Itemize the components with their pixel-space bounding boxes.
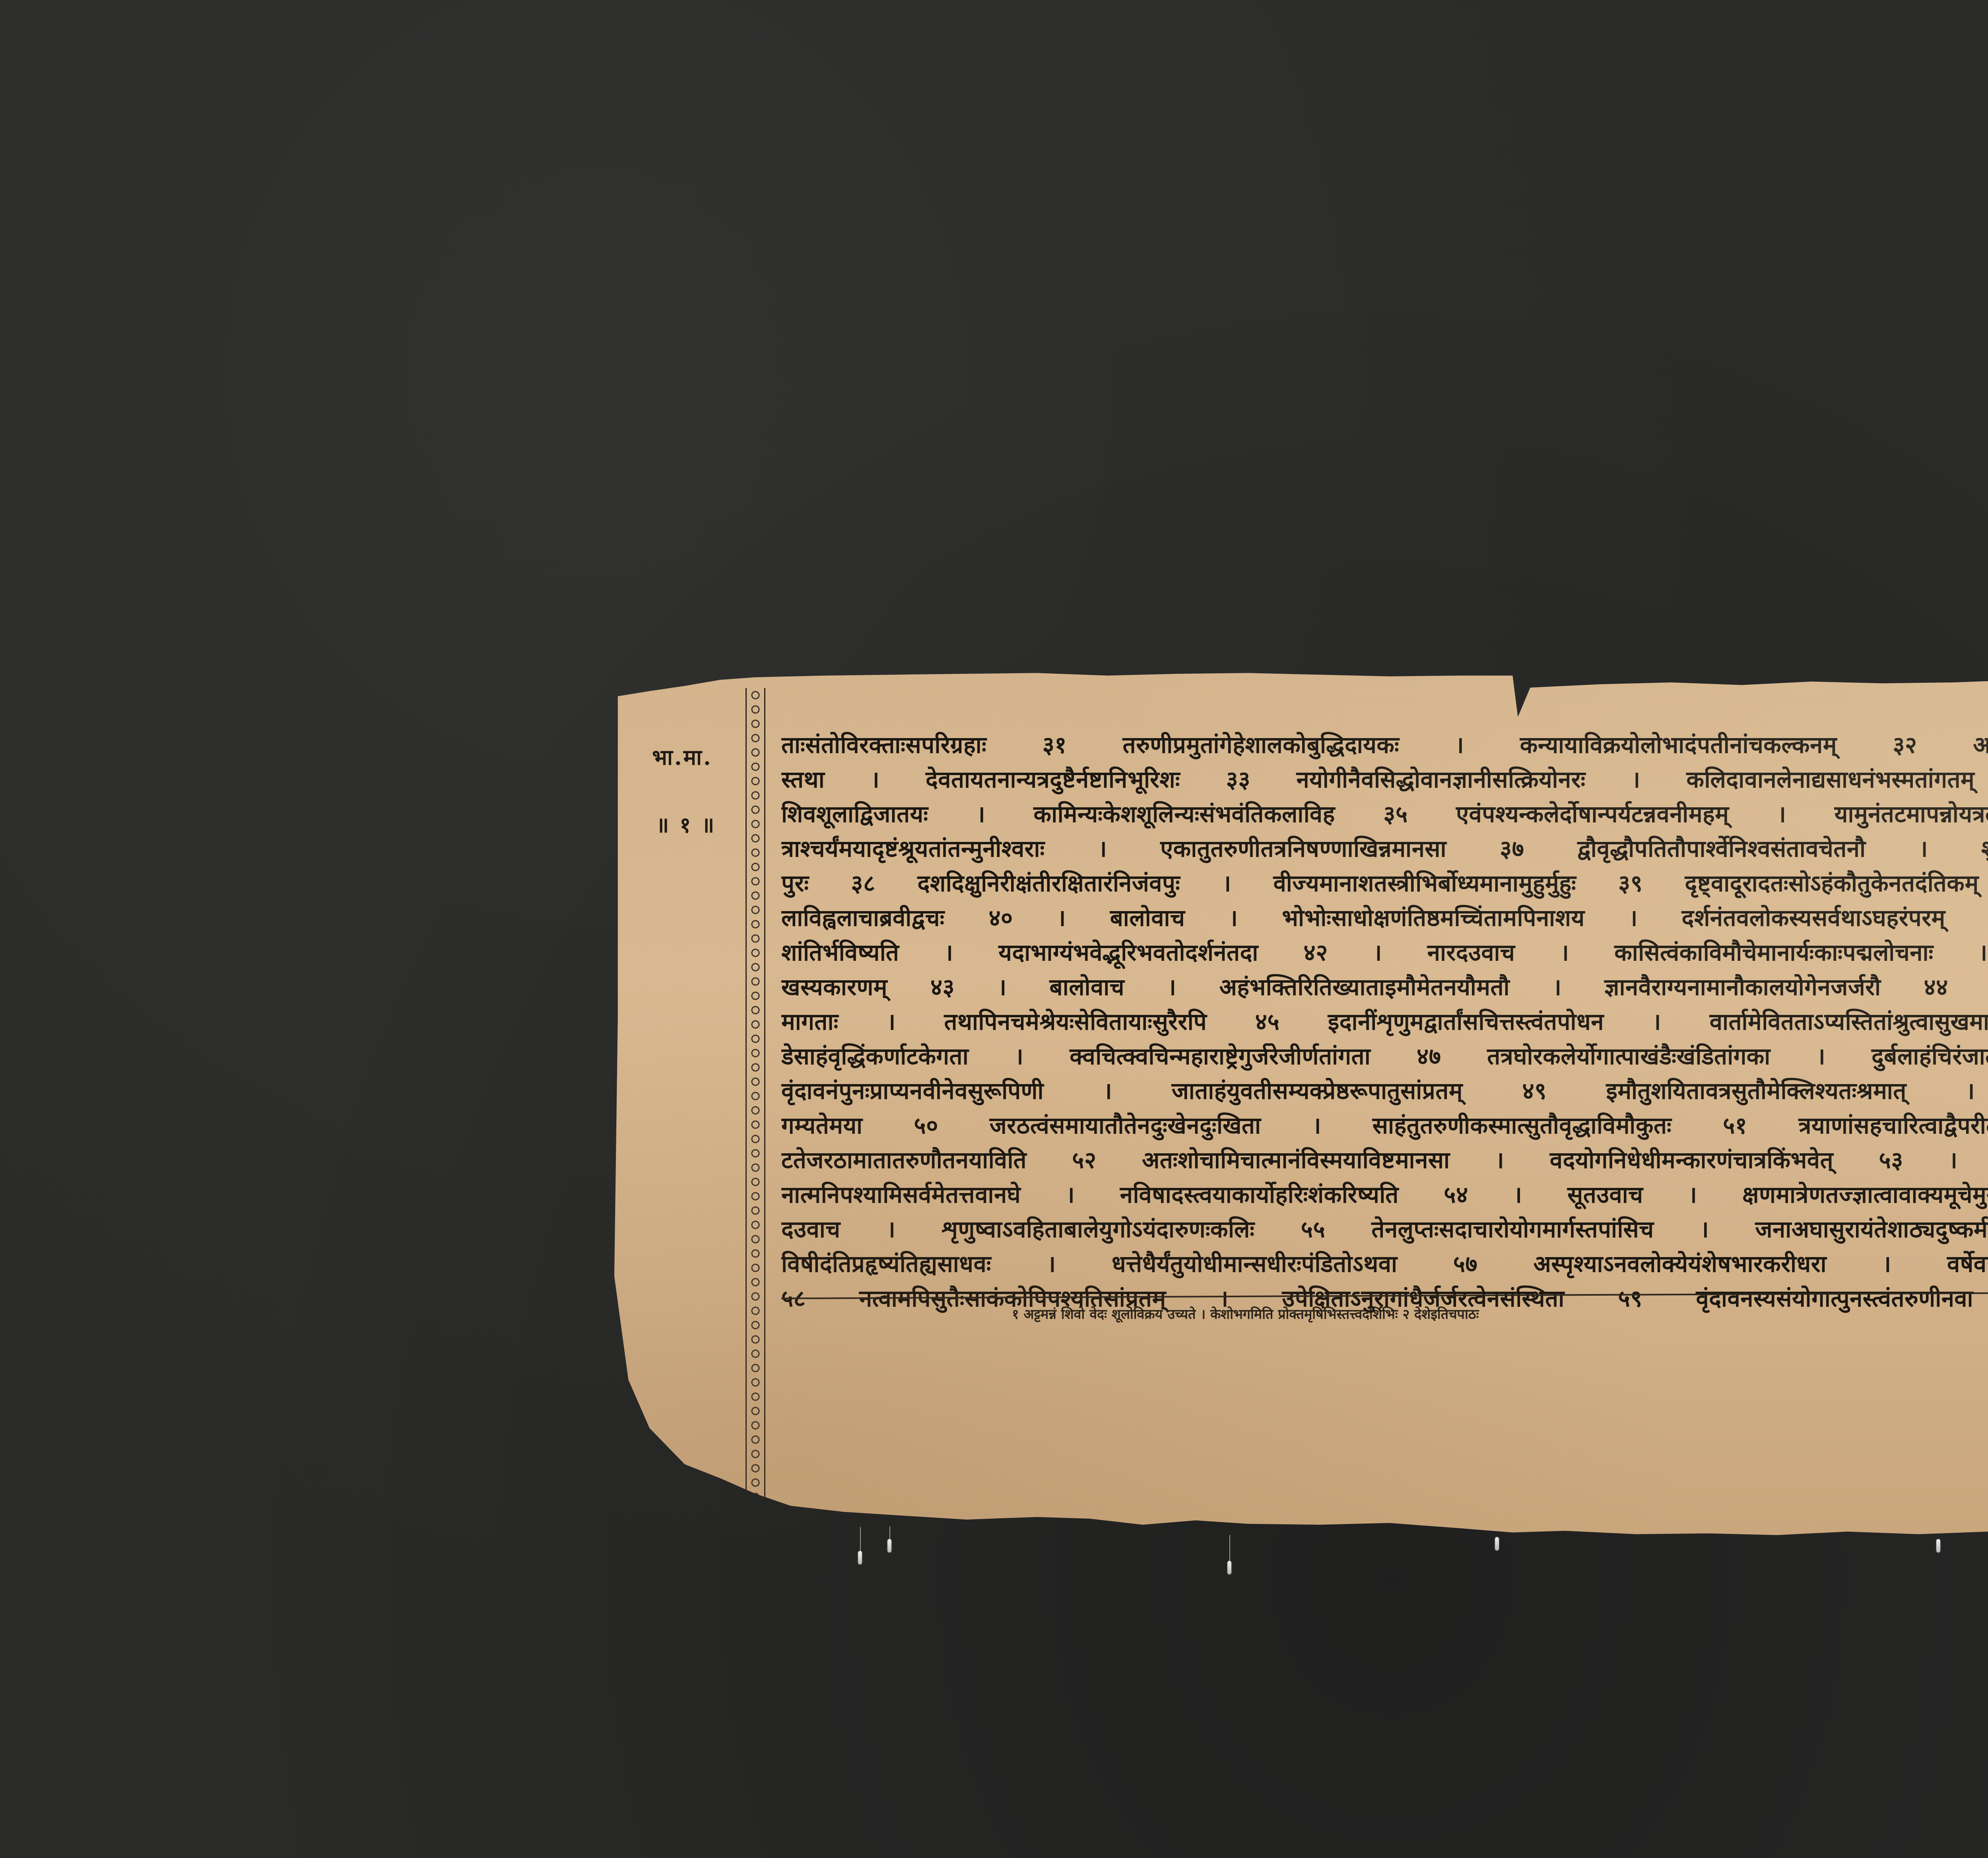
text-line: दउवाच । शृणुष्वाऽवहिताबालेयुगोऽयंदारुणःक… <box>781 1212 1988 1247</box>
pin-icon <box>1495 1537 1499 1551</box>
text-line: विषीदंतिप्रहृष्यंतिह्यसाधवः । धत्तेधैर्य… <box>781 1247 1988 1281</box>
text-line: मागताः । तथापिनचमेश्रेयःसेवितायाःसुरैरपि… <box>781 1005 1988 1039</box>
text-line: लाविह्वलाचाब्रवीद्वचः ४० । बालोवाच । भोभ… <box>781 901 1988 935</box>
pin-icon <box>887 1539 891 1553</box>
left-margin-title-abbrev: भा.मा. <box>652 742 712 771</box>
text-line: पुरः ३८ दशदिक्षुनिरीक्षंतीरक्षितारंनिजंव… <box>781 866 1988 901</box>
text-line: वृंदावनंपुनःप्राप्यनवीनेवसुरूपिणी । जाता… <box>781 1074 1988 1108</box>
pin-icon <box>1227 1561 1231 1574</box>
manuscript-page: भा.मा. ॥ १ ॥ अ० ॥ १ ॥ ॥ १ ॥ ताःसंतोविरक्… <box>614 672 1988 1535</box>
left-margin-folio: ॥ १ ॥ <box>656 809 716 839</box>
text-line: डेसाहंवृद्धिंकर्णाटकेगता । क्वचित्क्वचिन… <box>781 1039 1988 1074</box>
text-line: त्राश्चर्यंमयादृष्टंश्रूयतांतन्मुनीश्वरा… <box>781 832 1988 866</box>
text-line: स्तथा । देवतायतनान्यत्रदुष्टैर्नष्टानिभू… <box>781 762 1988 797</box>
text-line: गम्यतेमया ५० जरठत्वंसमायातौतेनदुःखेनदुःख… <box>781 1108 1988 1143</box>
text-line: टतेजरठामातातरुणौतनयाविति ५२ अतःशोचामिचात… <box>781 1143 1988 1178</box>
footnote: १ अट्टमन्नं शिवो वेदः शूलोविक्रय उच्यते … <box>1012 1304 1988 1323</box>
text-line: ताःसंतोविरक्ताःसपरिग्रहाः ३१ तरुणीप्रमुत… <box>781 728 1988 762</box>
main-text-block: ताःसंतोविरक्ताःसपरिग्रहाः ३१ तरुणीप्रमुत… <box>781 728 1988 1316</box>
text-line: शांतिर्भविष्यति । यदाभाग्यंभवेद्भूरिभवतो… <box>781 935 1988 970</box>
text-line: खस्यकारणम् ४३ । बालोवाच । अहंभक्तिरितिख्… <box>781 970 1988 1005</box>
text-line: शिवशूलाद्विजातयः । कामिन्यःकेशशूलिन्यःसं… <box>781 797 1988 832</box>
text-line: नात्मनिपश्यामिसर्वमेतत्तवानघे । नविषादस्… <box>781 1178 1988 1212</box>
pin-icon <box>1936 1539 1940 1553</box>
left-ornamental-border <box>745 688 765 1503</box>
photo-stage: भा.मा. ॥ १ ॥ अ० ॥ १ ॥ ॥ १ ॥ ताःसंतोविरक्… <box>0 0 1988 1858</box>
pin-icon <box>858 1551 862 1565</box>
